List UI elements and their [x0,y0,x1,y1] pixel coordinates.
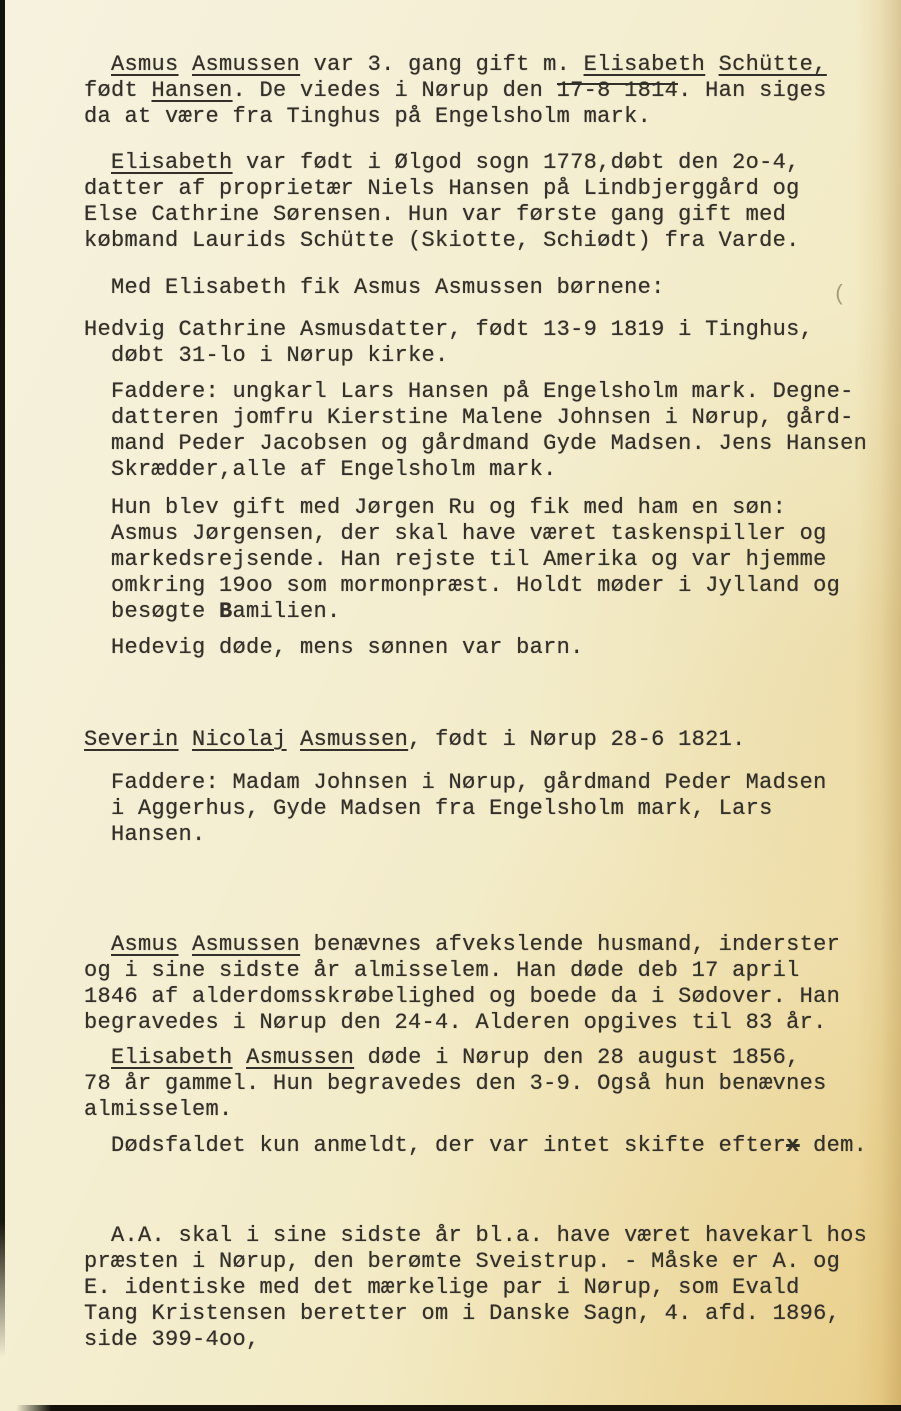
text-line: mand Peder Jacobsen og gårdmand Gyde Mad… [84,431,884,457]
text-line: Else Cathrine Sørensen. Hun var første g… [84,202,884,228]
text-segment [84,1045,111,1070]
text-line: købmand Laurids Schütte (Skiotte, Schiød… [84,228,884,254]
text-line: Elisabeth var født i Ølgod sogn 1778,døb… [84,150,884,176]
text-segment: side 399-4oo, [84,1327,260,1352]
paragraph: Severin Nicolaj Asmussen, født i Nørup 2… [84,727,884,753]
underlined-text: Elisabeth [111,150,233,175]
underlined-text: Elisabeth [584,52,706,77]
text-line: datteren jomfru Kierstine Malene Johnsen… [84,405,884,431]
text-segment: i Aggerhus, Gyde Madsen fra Engelsholm m… [84,796,773,821]
text-line: E. identiske med det mærkelige par i Nør… [84,1275,884,1301]
text-segment: var født i Ølgod sogn 1778,døbt den 2o-4… [233,150,800,175]
page-edge-shadow [855,0,901,1411]
text-segment: Dødsfaldet kun anmeldt, der var intet sk… [84,1133,786,1158]
text-segment: mand Peder Jacobsen og gårdmand Gyde Mad… [84,431,867,456]
paragraph: Elisabeth var født i Ølgod sogn 1778,døb… [84,150,884,254]
text-line: omkring 19oo som mormonpræst. Holdt møde… [84,573,884,599]
text-segment: , født i Nørup 28-6 1821. [408,727,746,752]
text-segment [84,150,111,175]
paragraph: Faddere: ungkarl Lars Hansen på Engelsho… [84,379,884,483]
text-segment: var 3. gang gift m. [300,52,584,77]
paragraph: Hun blev gift med Jørgen Ru og fik med h… [84,495,884,625]
underlined-text: Schütte, [719,52,827,77]
underlined-text [179,727,193,752]
text-segment: almisselem. [84,1097,233,1122]
paragraph: Hedevig døde, mens sønnen var barn. [84,635,884,661]
text-segment: amilien. [233,599,341,624]
paragraph: A.A. skal i sine sidste år bl.a. have væ… [84,1223,884,1353]
text-line: Severin Nicolaj Asmussen, født i Nørup 2… [84,727,884,753]
text-line: almisselem. [84,1097,884,1123]
text-line: Asmus Asmussen benævnes afvekslende husm… [84,932,884,958]
text-segment: Hedevig døde, mens sønnen var barn. [84,635,584,660]
text-segment: Hun blev gift med Jørgen Ru og fik med h… [84,495,786,520]
paragraph: Faddere: Madam Johnsen i Nørup, gårdmand… [84,770,884,848]
underlined-text [233,1045,247,1070]
scan-edge-left [0,0,5,1358]
text-line: Skrædder,alle af Engelsholm mark. [84,457,884,483]
text-segment: Hansen. [84,822,206,847]
underlined-text: Asmus [111,52,179,77]
underlined-text: Asmussen [192,932,300,957]
text-line: døbt 31-lo i Nørup kirke. [84,343,884,369]
text-segment: Tang Kristensen beretter om i Danske Sag… [84,1301,840,1326]
text-line: Faddere: ungkarl Lars Hansen på Engelsho… [84,379,884,405]
underlined-text: Asmussen [192,52,300,77]
text-segment: benævnes afvekslende husmand, inderster [300,932,840,957]
text-line: begravedes i Nørup den 24-4. Alderen opg… [84,1010,884,1036]
underlined-text [705,52,719,77]
text-line: besøgte Bamilien. [84,599,884,625]
paragraph: Hedvig Cathrine Asmusdatter, født 13-9 1… [84,317,884,369]
text-line: Hansen. [84,822,884,848]
underlined-text: Severin [84,727,179,752]
text-line: da at være fra Tinghus på Engelsholm mar… [84,104,884,130]
text-line: Asmus Asmussen var 3. gang gift m. Elisa… [84,52,884,78]
paragraph: Asmus Asmussen var 3. gang gift m. Elisa… [84,52,884,130]
text-segment: købmand Laurids Schütte (Skiotte, Schiød… [84,228,800,253]
document-page: Asmus Asmussen var 3. gang gift m. Elisa… [0,0,901,1411]
text-segment: . De viedes i Nørup den [233,78,557,103]
text-segment: datteren jomfru Kierstine Malene Johnsen… [84,405,854,430]
text-segment: besøgte [84,599,219,624]
text-segment: døbt 31-lo i Nørup kirke. [84,343,449,368]
text-segment: præsten i Nørup, den berømte Sveistrup. … [84,1249,840,1274]
overstruck-date: 17-8 1814 [557,78,679,103]
struck-out-character: x [786,1133,800,1158]
text-segment [84,52,111,77]
text-segment: Hedvig Cathrine Asmusdatter, født 13-9 1… [84,317,813,342]
underlined-text [179,52,193,77]
text-line: side 399-4oo, [84,1327,884,1353]
text-line: Asmus Jørgensen, der skal have været tas… [84,521,884,547]
text-segment: omkring 19oo som mormonpræst. Holdt møde… [84,573,840,598]
text-segment: E. identiske med det mærkelige par i Nør… [84,1275,800,1300]
text-line: A.A. skal i sine sidste år bl.a. have væ… [84,1223,884,1249]
text-line: markedsrejsende. Han rejste til Amerika … [84,547,884,573]
typewritten-text: Asmus Asmussen var 3. gang gift m. Elisa… [84,0,884,1353]
text-segment: 78 år gammel. Hun begravedes den 3-9. Og… [84,1071,827,1096]
text-segment: da at være fra Tinghus på Engelsholm mar… [84,104,651,129]
text-line: og i sine sidste år almisselem. Han døde… [84,958,884,984]
text-segment: og i sine sidste år almisselem. Han døde… [84,958,800,983]
text-line: Faddere: Madam Johnsen i Nørup, gårdmand… [84,770,884,796]
text-segment: født [84,78,152,103]
text-segment: døde i Nørup den 28 august 1856, [354,1045,800,1070]
paragraph: Asmus Asmussen benævnes afvekslende husm… [84,932,884,1036]
text-segment [84,932,111,957]
text-line: i Aggerhus, Gyde Madsen fra Engelsholm m… [84,796,884,822]
text-segment: datter af proprietær Niels Hansen på Lin… [84,176,800,201]
text-line: Hun blev gift med Jørgen Ru og fik med h… [84,495,884,521]
text-segment: begravedes i Nørup den 24-4. Alderen opg… [84,1010,827,1035]
underlined-text: Nicolaj [192,727,287,752]
underlined-text: Asmus [111,932,179,957]
text-line: Dødsfaldet kun anmeldt, der var intet sk… [84,1133,884,1159]
text-segment: . Han siges [678,78,827,103]
text-line: Tang Kristensen beretter om i Danske Sag… [84,1301,884,1327]
text-segment: Faddere: ungkarl Lars Hansen på Engelsho… [84,379,854,404]
scan-artifact-paren: ( [833,282,846,307]
text-line: født Hansen. De viedes i Nørup den 17-8 … [84,78,884,104]
text-line: 1846 af alderdomsskrøbelighed og boede d… [84,984,884,1010]
scan-edge-bottom [16,1405,901,1411]
text-segment: 1846 af alderdomsskrøbelighed og boede d… [84,984,840,1009]
underlined-text: Asmussen [246,1045,354,1070]
paragraph: Elisabeth Asmussen døde i Nørup den 28 a… [84,1045,884,1123]
text-segment: Else Cathrine Sørensen. Hun var første g… [84,202,786,227]
text-line: datter af proprietær Niels Hansen på Lin… [84,176,884,202]
underlined-text [179,932,193,957]
text-segment: A.A. skal i sine sidste år bl.a. have væ… [84,1223,867,1248]
text-line: Elisabeth Asmussen døde i Nørup den 28 a… [84,1045,884,1071]
text-line: Hedevig døde, mens sønnen var barn. [84,635,884,661]
underlined-text: Elisabeth [111,1045,233,1070]
text-line: Hedvig Cathrine Asmusdatter, født 13-9 1… [84,317,884,343]
text-segment: Med Elisabeth fik Asmus Asmussen børnene… [84,275,665,300]
paragraph: Med Elisabeth fik Asmus Asmussen børnene… [84,275,884,301]
text-line: Med Elisabeth fik Asmus Asmussen børnene… [84,275,884,301]
text-segment: Skrædder,alle af Engelsholm mark. [84,457,557,482]
overtyped-character: B [219,599,233,624]
paragraph: Dødsfaldet kun anmeldt, der var intet sk… [84,1133,884,1159]
text-segment: Asmus Jørgensen, der skal have været tas… [84,521,827,546]
text-line: præsten i Nørup, den berømte Sveistrup. … [84,1249,884,1275]
text-segment: markedsrejsende. Han rejste til Amerika … [84,547,827,572]
text-segment: Faddere: Madam Johnsen i Nørup, gårdmand… [84,770,827,795]
underlined-text: Asmussen [300,727,408,752]
text-line: 78 år gammel. Hun begravedes den 3-9. Og… [84,1071,884,1097]
underlined-text [287,727,301,752]
underlined-text: Hansen [152,78,233,103]
